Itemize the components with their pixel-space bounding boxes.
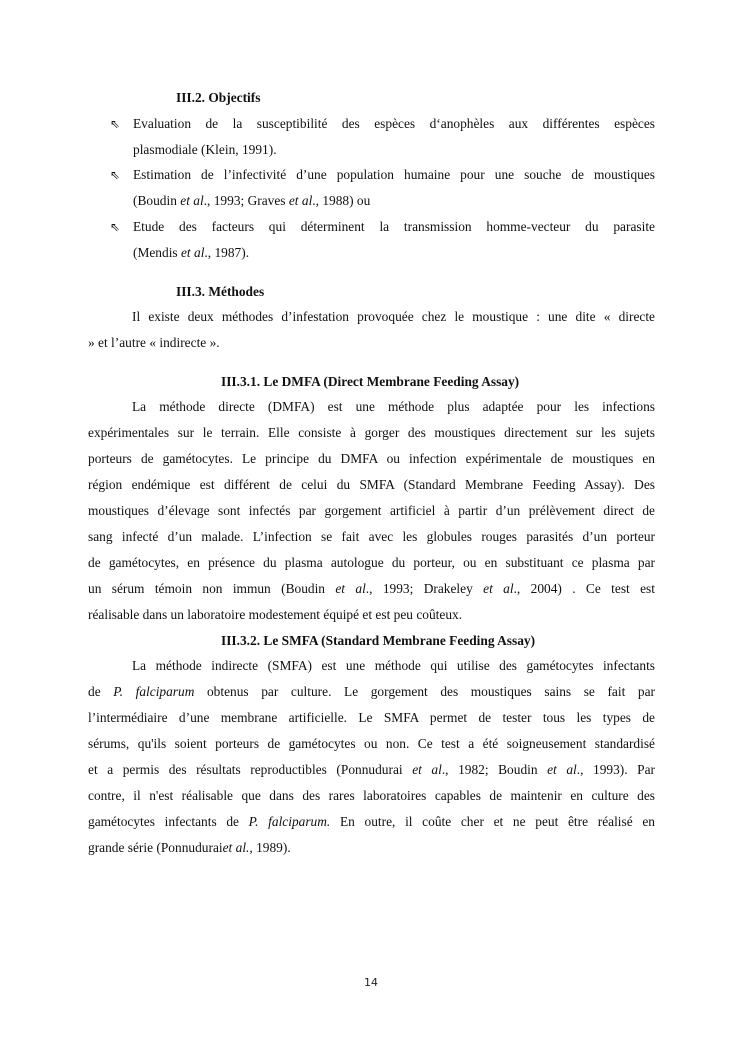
heading-objectifs: III.2. Objectifs	[176, 90, 260, 106]
smfa-line: grande série (Ponnuduraiet al., 1989).	[88, 840, 291, 856]
bullet-arrow-icon: ⇖	[110, 167, 120, 183]
dmfa-line: expérimentales sur le terrain. Elle cons…	[88, 425, 655, 441]
bullet-arrow-icon: ⇖	[110, 116, 120, 132]
smfa-line: contre, il n'est réalisable que dans des…	[88, 788, 655, 804]
dmfa-line: La méthode directe (DMFA) est une méthod…	[132, 399, 655, 415]
dmfa-line: un sérum témoin non immun (Boudin et al.…	[88, 581, 655, 597]
smfa-line: et a permis des résultats reproductibles…	[88, 762, 655, 778]
smfa-line: gamétocytes infectants de P. falciparum.…	[88, 814, 655, 830]
smfa-line: de P. falciparum obtenus par culture. Le…	[88, 684, 655, 700]
dmfa-line: région endémique est différent de celui …	[88, 477, 655, 493]
dmfa-line: porteurs de gamétocytes. Le principe du …	[88, 451, 655, 467]
heading-dmfa: III.3.1. Le DMFA (Direct Membrane Feedin…	[221, 374, 519, 390]
heading-methodes: III.3. Méthodes	[176, 284, 264, 300]
methodes-intro-line1: Il existe deux méthodes d’infestation pr…	[132, 309, 655, 325]
page-number: 14	[364, 976, 378, 989]
heading-smfa: III.3.2. Le SMFA (Standard Membrane Feed…	[221, 633, 535, 649]
dmfa-line: sang infecté d’un malade. L’infection se…	[88, 529, 655, 545]
bullet-arrow-icon: ⇖	[110, 219, 120, 235]
dmfa-line: moustiques d’élevage sont infectés par g…	[88, 503, 655, 519]
objective-2-line2: (Boudin et al., 1993; Graves et al., 198…	[133, 193, 370, 209]
objective-1-line2: plasmodiale (Klein, 1991).	[133, 142, 277, 158]
smfa-line: sérums, qu'ils soient porteurs de gaméto…	[88, 736, 655, 752]
objective-3-line2: (Mendis et al., 1987).	[133, 245, 249, 261]
dmfa-line: de gamétocytes, en présence du plasma au…	[88, 555, 655, 571]
methodes-intro-line2: » et l’autre « indirecte ».	[88, 335, 220, 351]
smfa-line: La méthode indirecte (SMFA) est une méth…	[132, 658, 655, 674]
objective-1-line1: Evaluation de la susceptibilité des espè…	[133, 116, 655, 132]
objective-3-line1: Etude des facteurs qui déterminent la tr…	[133, 219, 655, 235]
dmfa-line: réalisable dans un laboratoire modesteme…	[88, 607, 462, 623]
objective-2-line1: Estimation de l’infectivité d’une popula…	[133, 167, 655, 183]
smfa-line: l’intermédiaire d’une membrane artificie…	[88, 710, 655, 726]
